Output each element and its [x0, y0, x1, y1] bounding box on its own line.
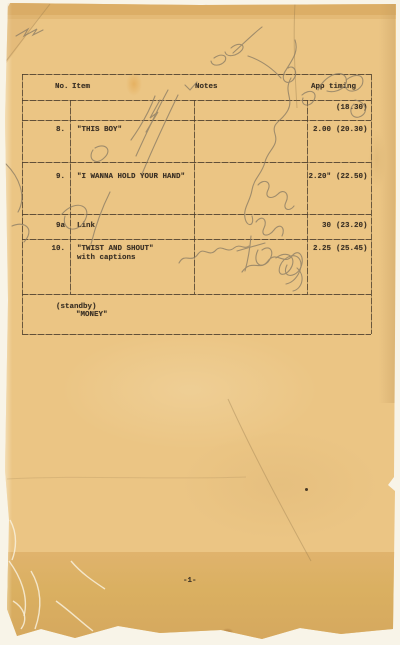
table-border-top: [22, 74, 371, 75]
cell-timing: 2.25(25.45): [307, 245, 371, 300]
paper-top-shadow-soft: [0, 15, 400, 19]
table-row: 8. "THIS BOY" 2.00(20.30): [22, 120, 371, 168]
paper-crinkles: [9, 520, 105, 631]
speck: [204, 2, 208, 5]
standby-item: "MONEY": [76, 311, 108, 320]
paper-bottom-band: [0, 552, 400, 645]
handwriting-overlay: [0, 0, 400, 645]
table-row: 10. "TWIST AND SHOUT"with captions 2.25(…: [22, 239, 371, 300]
paper-right-edge-shade: [379, 3, 395, 403]
cell-notes: [194, 245, 307, 300]
header-no: No.: [55, 83, 69, 92]
cell-no: 10.: [22, 245, 70, 300]
corner-fold: [0, 0, 150, 80]
table-border-right: [371, 74, 372, 334]
header-item: Item: [72, 83, 90, 92]
stain: [221, 628, 234, 638]
page-number: -1-: [183, 577, 197, 586]
speck: [305, 488, 308, 491]
cell-item: "TWIST AND SHOUT"with captions: [70, 245, 194, 300]
paper-sheet: No. Item Notes App timing (18.30) 8. "TH…: [0, 0, 400, 645]
header-timing: App timing: [311, 83, 356, 92]
paper-mottle: [180, 430, 380, 540]
table-border-bottom: [22, 334, 371, 335]
stain: [126, 72, 142, 96]
paper-mottle: [60, 330, 320, 450]
scan-background: No. Item Notes App timing (18.30) 8. "TH…: [0, 0, 400, 645]
paper-top-shadow: [0, 3, 400, 15]
paper-left-edge-highlight: [5, 3, 12, 631]
corner-tip: [0, 0, 20, 24]
header-notes: Notes: [195, 83, 218, 92]
